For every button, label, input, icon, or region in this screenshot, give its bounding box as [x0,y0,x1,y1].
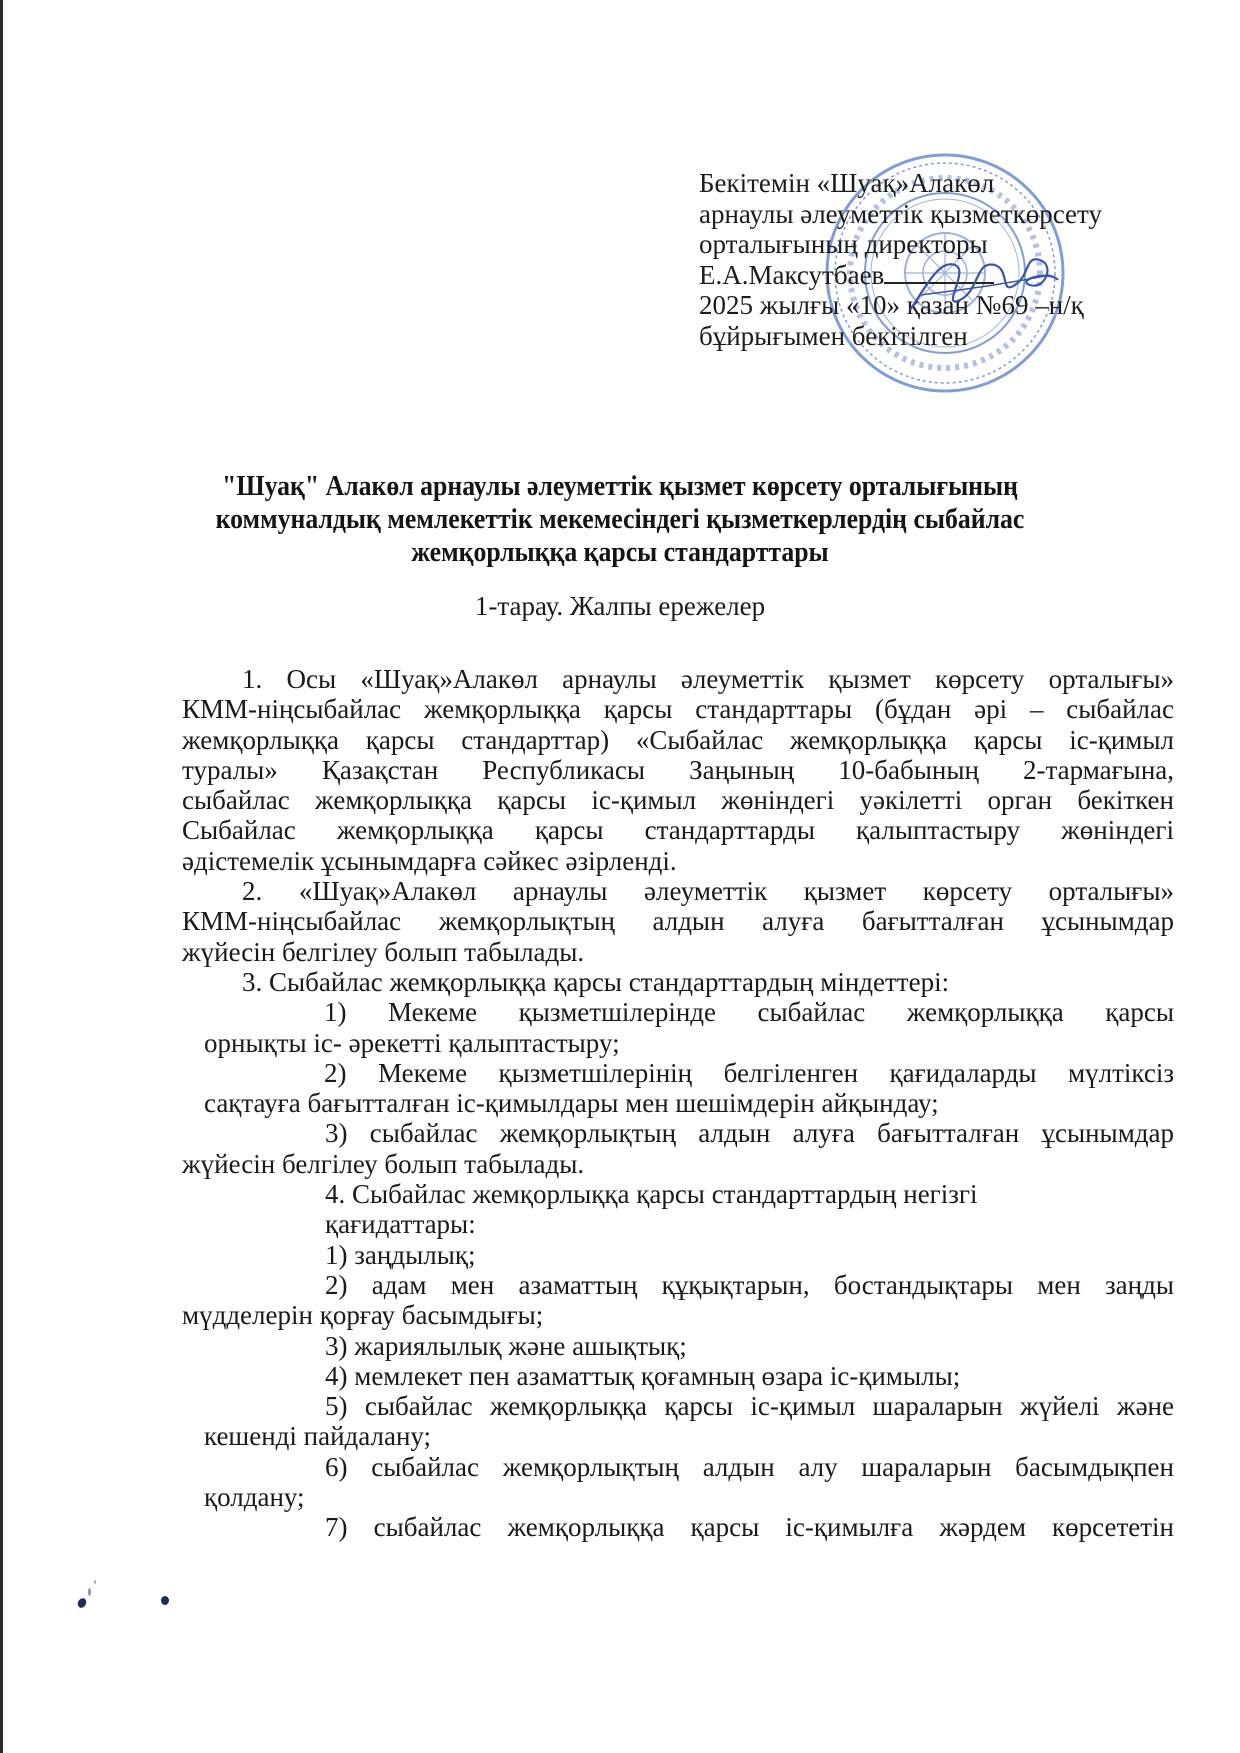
list-item: 5) сыбайлас жемқорлыққа қарсы іс-қимыл ш… [182,1391,1174,1452]
text-line: 4. Сыбайлас жемқорлыққа қарсы стандартта… [325,1179,1174,1209]
scan-left-edge [0,0,3,1753]
scan-speck [88,1588,91,1596]
list-item: 2) адам мен азаматтың құқықтарын, бостан… [182,1270,1174,1331]
text-line: 2) адам мен азаматтың құқықтарын, бостан… [182,1270,1174,1300]
text-line: орнықты іс- әрекетті қалыптастыру; [204,1028,1174,1058]
scan-speck [161,1596,169,1605]
text-line: сақтауға бағытталған іс-қимылдары мен ше… [204,1088,1174,1118]
text-line: 2) Мекеме қызметшілерінің белгіленген қа… [204,1058,1174,1088]
text-line: 4) мемлекет пен азаматтық қоғамның өзара… [182,1361,1174,1391]
text-line: жүйесін белгілеу болып табылады. [182,937,1174,967]
list-item: 2) Мекеме қызметшілерінің белгіленген қа… [182,1058,1174,1119]
title-line: жемқорлыққа қарсы стандарттары [188,536,1053,569]
text-line: сыбайлас жемқорлыққа қарсы іс-қимыл жөні… [182,785,1174,815]
signature-icon [900,240,1060,320]
text-line: жүйесін белгілеу болып табылады. [182,1149,1174,1179]
list-item: 3) сыбайлас жемқорлықтың алдын алуға бағ… [182,1118,1174,1179]
paragraph-1: 1. Осы «Шуақ»Алакөл арнаулы әлеуметтік қ… [182,664,1174,876]
text-line: КММ-ніңсыбайлас жемқорлықтың алдын алуға… [182,906,1174,936]
approval-line: бұйрығымен бекітілген [699,321,1159,352]
text-line: 5) сыбайлас жемқорлыққа қарсы іс-қимыл ш… [182,1391,1174,1421]
list-item: 4) мемлекет пен азаматтық қоғамның өзара… [182,1361,1174,1391]
text-line: Сыбайлас жемқорлыққа қарсы стандарттарды… [182,815,1174,845]
list-item: 3) жариялылық және ашықтық; [182,1331,1174,1361]
approval-line: арнаулы әлеуметтік қызметкөрсету [699,199,1159,230]
text-line: КММ-ніңсыбайлас жемқорлыққа қарсы станда… [182,694,1174,724]
text-line: 3) жариялылық және ашықтық; [182,1331,1174,1361]
text-line: 1) заңдылық; [182,1240,1174,1270]
text-line: туралы» Қазақстан Республикасы Заңының 1… [182,755,1174,785]
text-line: мүдделерін қорғау басымдығы; [182,1300,1174,1330]
document-body: 1. Осы «Шуақ»Алакөл арнаулы әлеуметтік қ… [182,664,1174,1543]
section-heading: 1-тарау. Жалпы ережелер [0,591,1240,621]
document-title: "Шуақ" Алакөл арнаулы әлеуметтік қызмет … [188,470,1053,569]
text-line: 7) сыбайлас жемқорлыққа қарсы іс-қимылға… [182,1512,1174,1542]
paragraph-heading: 3. Сыбайлас жемқорлыққа қарсы стандартта… [182,967,1174,997]
list-item: 7) сыбайлас жемқорлыққа қарсы іс-қимылға… [182,1512,1174,1542]
list-item: 1) заңдылық; [182,1240,1174,1270]
paragraph-4: 4. Сыбайлас жемқорлыққа қарсы стандартта… [182,1179,1174,1543]
title-line: коммуналдық мемлекеттік мекемесіндегі қы… [188,503,1053,536]
paragraph-2: 2. «Шуақ»Алакөл арнаулы әлеуметтік қызме… [182,876,1174,967]
paragraph-heading: 4. Сыбайлас жемқорлыққа қарсы стандартта… [182,1179,1174,1240]
signatory-name: Е.А.Максутбаев [699,260,884,290]
list-item: 1) Мекеме қызметшілерінде сыбайлас жемқо… [182,997,1174,1058]
text-line: қолдану; [204,1482,1174,1512]
text-line: 2. «Шуақ»Алакөл арнаулы әлеуметтік қызме… [182,876,1174,906]
text-line: 1) Мекеме қызметшілерінде сыбайлас жемқо… [204,997,1174,1027]
list-item: 6) сыбайлас жемқорлықтың алдын алу шарал… [182,1452,1174,1513]
text-line: кешенді пайдалану; [182,1421,1174,1451]
text-line: 3) сыбайлас жемқорлықтың алдын алуға бағ… [182,1118,1174,1148]
paragraph-3: 3. Сыбайлас жемқорлыққа қарсы стандартта… [182,967,1174,1179]
scan-speck [76,1597,88,1610]
text-line: жемқорлыққа қарсы стандарттар) «Сыбайлас… [182,725,1174,755]
title-line: "Шуақ" Алакөл арнаулы әлеуметтік қызмет … [188,470,1053,503]
text-line: 1. Осы «Шуақ»Алакөл арнаулы әлеуметтік қ… [182,664,1174,694]
approval-line: Бекітемін «Шуақ»Алакөл [699,168,1159,199]
text-line: 6) сыбайлас жемқорлықтың алдын алу шарал… [204,1452,1174,1482]
text-line: қағидаттары: [325,1209,1174,1239]
text-line: әдістемелік ұсынымдарға сәйкес әзірленді… [182,846,1174,876]
scan-speck [94,1580,96,1584]
